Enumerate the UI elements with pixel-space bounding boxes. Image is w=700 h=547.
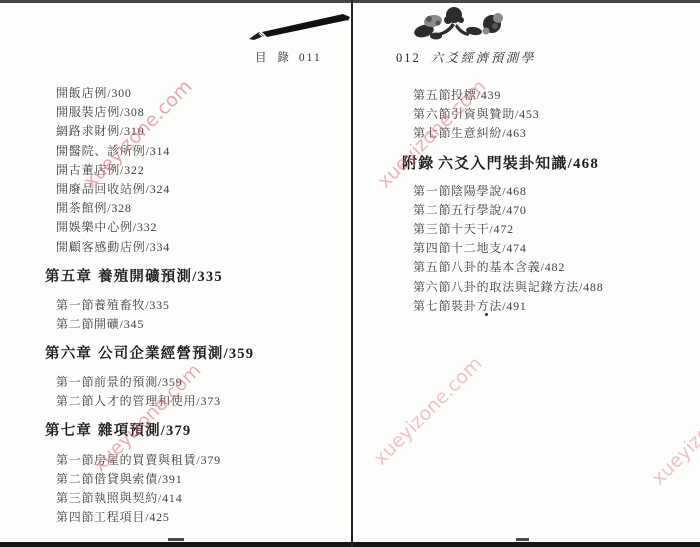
toc-entry-label: 第五節	[413, 86, 451, 103]
toc-section-row: 第五節八卦的基本含義/482	[350, 257, 700, 276]
toc-entry-text: 開廢品回收站例/324	[56, 180, 170, 197]
toc-entry-label: 第五節	[413, 258, 451, 275]
toc-section-row: 第三節執照與契約/414	[0, 488, 350, 507]
toc-section-row: 第七節生意糾紛/463	[350, 123, 700, 142]
toc-entry-text: 裝卦方法/491	[451, 297, 527, 314]
toc-entry-text: 開服裝店例/308	[56, 103, 145, 120]
toc-entry-text: 雜項預測/379	[98, 419, 191, 440]
toc-entry-text: 五行學說/470	[451, 201, 527, 218]
scan-top-edge	[0, 0, 700, 3]
book-title: 六爻經濟預測學	[431, 51, 536, 65]
right-page-number: 012	[396, 51, 421, 65]
toc-section-row: 第六節引資與贊助/453	[350, 104, 700, 123]
toc-entry-label: 第六節	[413, 105, 451, 122]
toc-entry-label: 第一節	[56, 296, 94, 313]
toc-item-row: 開茶館例/328	[0, 198, 350, 217]
toc-section-row: 第四節工程項目/425	[0, 507, 350, 526]
toc-entry-text: 陰陽學說/468	[451, 182, 527, 199]
toc-entry-label: 第四節	[56, 508, 94, 525]
toc-entry-text: 人才的管理和使用/373	[94, 392, 221, 409]
toc-entry-label: 第六章	[45, 342, 98, 363]
toc-entry-label: 第七節	[413, 124, 451, 141]
toc-section-row: 第一節房屋的買賣與租賃/379	[0, 449, 350, 468]
toc-entry-text: 工程項目/425	[94, 508, 170, 525]
toc-chapter-row: 第六章公司企業經營預測/359	[0, 342, 350, 363]
toc-entry-text: 開娛樂中心例/332	[56, 218, 157, 235]
scan-artifact-mark	[168, 538, 184, 541]
toc-chapter-row: 第七章雜項預測/379	[0, 419, 350, 440]
toc-entry-label: 第三節	[413, 220, 451, 237]
toc-item-row: 開醫院、診所例/314	[0, 141, 350, 160]
watermark: xueyizone.com	[642, 367, 700, 496]
toc-entry-text: 引資與贊助/453	[451, 105, 540, 122]
toc-entry-label: 第二節	[56, 470, 94, 487]
toc-section-row: 第四節十二地支/474	[350, 238, 700, 257]
toc-item-row: 開服裝店例/308	[0, 102, 350, 121]
toc-entry-text: 開飯店例/300	[56, 84, 132, 101]
toc-entry-label: 第四節	[413, 239, 451, 256]
toc-entry-text: 六爻入門裝卦知識/468	[438, 152, 599, 173]
toc-section-row: 第三節十天干/472	[350, 219, 700, 238]
toc-section-row: 第五節投標/439	[350, 85, 700, 104]
left-page-number: 011	[299, 52, 322, 64]
toc-entry-label: 附錄	[402, 152, 438, 173]
toc-chapter-row: 第五章養殖開礦預測/335	[0, 265, 350, 286]
toc-entry-text: 前景的預測/359	[94, 373, 183, 390]
toc-entry-text: 網路求財例/310	[56, 122, 145, 139]
brush-pen-icon	[249, 12, 351, 47]
toc-entry-text: 十天干/472	[451, 220, 514, 237]
right-page-toc: 第五節投標/439第六節引資與贊助/453第七節生意糾紛/463附錄六爻入門裝卦…	[350, 85, 700, 315]
toc-section-row: 第一節陰陽學說/468	[350, 181, 700, 200]
toc-section-row: 第七節裝卦方法/491	[350, 296, 700, 315]
toc-section-row: 第二節借貸與索債/391	[0, 469, 350, 488]
toc-header-title: 目 錄	[255, 52, 293, 64]
toc-entry-text: 八卦的基本含義/482	[451, 258, 565, 275]
toc-entry-label: 第二節	[413, 201, 451, 218]
watermark: xueyizone.com	[364, 347, 493, 476]
scanned-book-spread: 目 錄011	[0, 0, 700, 547]
toc-entry-label: 第一節	[56, 373, 94, 390]
scan-artifact-mark	[516, 538, 529, 541]
toc-section-row: 第一節前景的預測/359	[0, 372, 350, 391]
toc-entry-label: 第一節	[413, 182, 451, 199]
toc-entry-text: 生意糾紛/463	[451, 124, 527, 141]
toc-entry-text: 養殖畜牧/335	[94, 296, 170, 313]
toc-entry-text: 開礦/345	[94, 315, 144, 332]
toc-item-row: 開古董店例/322	[0, 160, 350, 179]
toc-item-row: 開顧客感動店例/334	[0, 237, 350, 256]
toc-section-row: 第二節人才的管理和使用/373	[0, 391, 350, 410]
toc-entry-text: 公司企業經營預測/359	[98, 342, 254, 363]
toc-entry-text: 養殖開礦預測/335	[98, 265, 223, 286]
toc-entry-text: 借貸與索債/391	[94, 470, 183, 487]
toc-entry-label: 第二節	[56, 392, 94, 409]
toc-entry-text: 開醫院、診所例/314	[56, 142, 170, 159]
toc-entry-label: 第二節	[56, 315, 94, 332]
toc-entry-label: 第一節	[56, 451, 94, 468]
toc-item-row: 網路求財例/310	[0, 121, 350, 140]
toc-entry-text: 執照與契約/414	[94, 489, 183, 506]
toc-entry-text: 開顧客感動店例/334	[56, 238, 170, 255]
toc-appendix-row: 附錄六爻入門裝卦知識/468	[350, 152, 700, 174]
toc-entry-text: 開茶館例/328	[56, 199, 132, 216]
scan-bottom-edge	[0, 542, 700, 547]
toc-section-row: 第二節五行學說/470	[350, 200, 700, 219]
left-page-header: 目 錄011	[255, 49, 322, 65]
toc-entry-label: 第七節	[413, 297, 451, 314]
toc-entry-label: 第三節	[56, 489, 94, 506]
toc-entry-text: 八卦的取法與記錄方法/488	[451, 278, 604, 295]
toc-entry-text: 投標/439	[451, 86, 501, 103]
toc-item-row: 開娛樂中心例/332	[0, 217, 350, 236]
toc-item-row: 開廢品回收站例/324	[0, 179, 350, 198]
left-page-toc: 開飯店例/300開服裝店例/308網路求財例/310開醫院、診所例/314開古董…	[0, 83, 350, 526]
toc-entry-label: 第五章	[45, 265, 98, 286]
toc-entry-text: 十二地支/474	[451, 239, 527, 256]
ink-flower-ornament-icon	[402, 4, 514, 53]
toc-section-row: 第二節開礦/345	[0, 314, 350, 333]
toc-entry-text: 開古董店例/322	[56, 161, 145, 178]
toc-entry-label: 第七章	[45, 419, 98, 440]
toc-item-row: 開飯店例/300	[0, 83, 350, 102]
right-page-header: 012六爻經濟預測學	[396, 48, 536, 66]
toc-entry-text: 房屋的買賣與租賃/379	[94, 451, 221, 468]
toc-section-row: 第六節八卦的取法與記錄方法/488	[350, 277, 700, 296]
toc-entry-label: 第六節	[413, 278, 451, 295]
toc-section-row: 第一節養殖畜牧/335	[0, 295, 350, 314]
